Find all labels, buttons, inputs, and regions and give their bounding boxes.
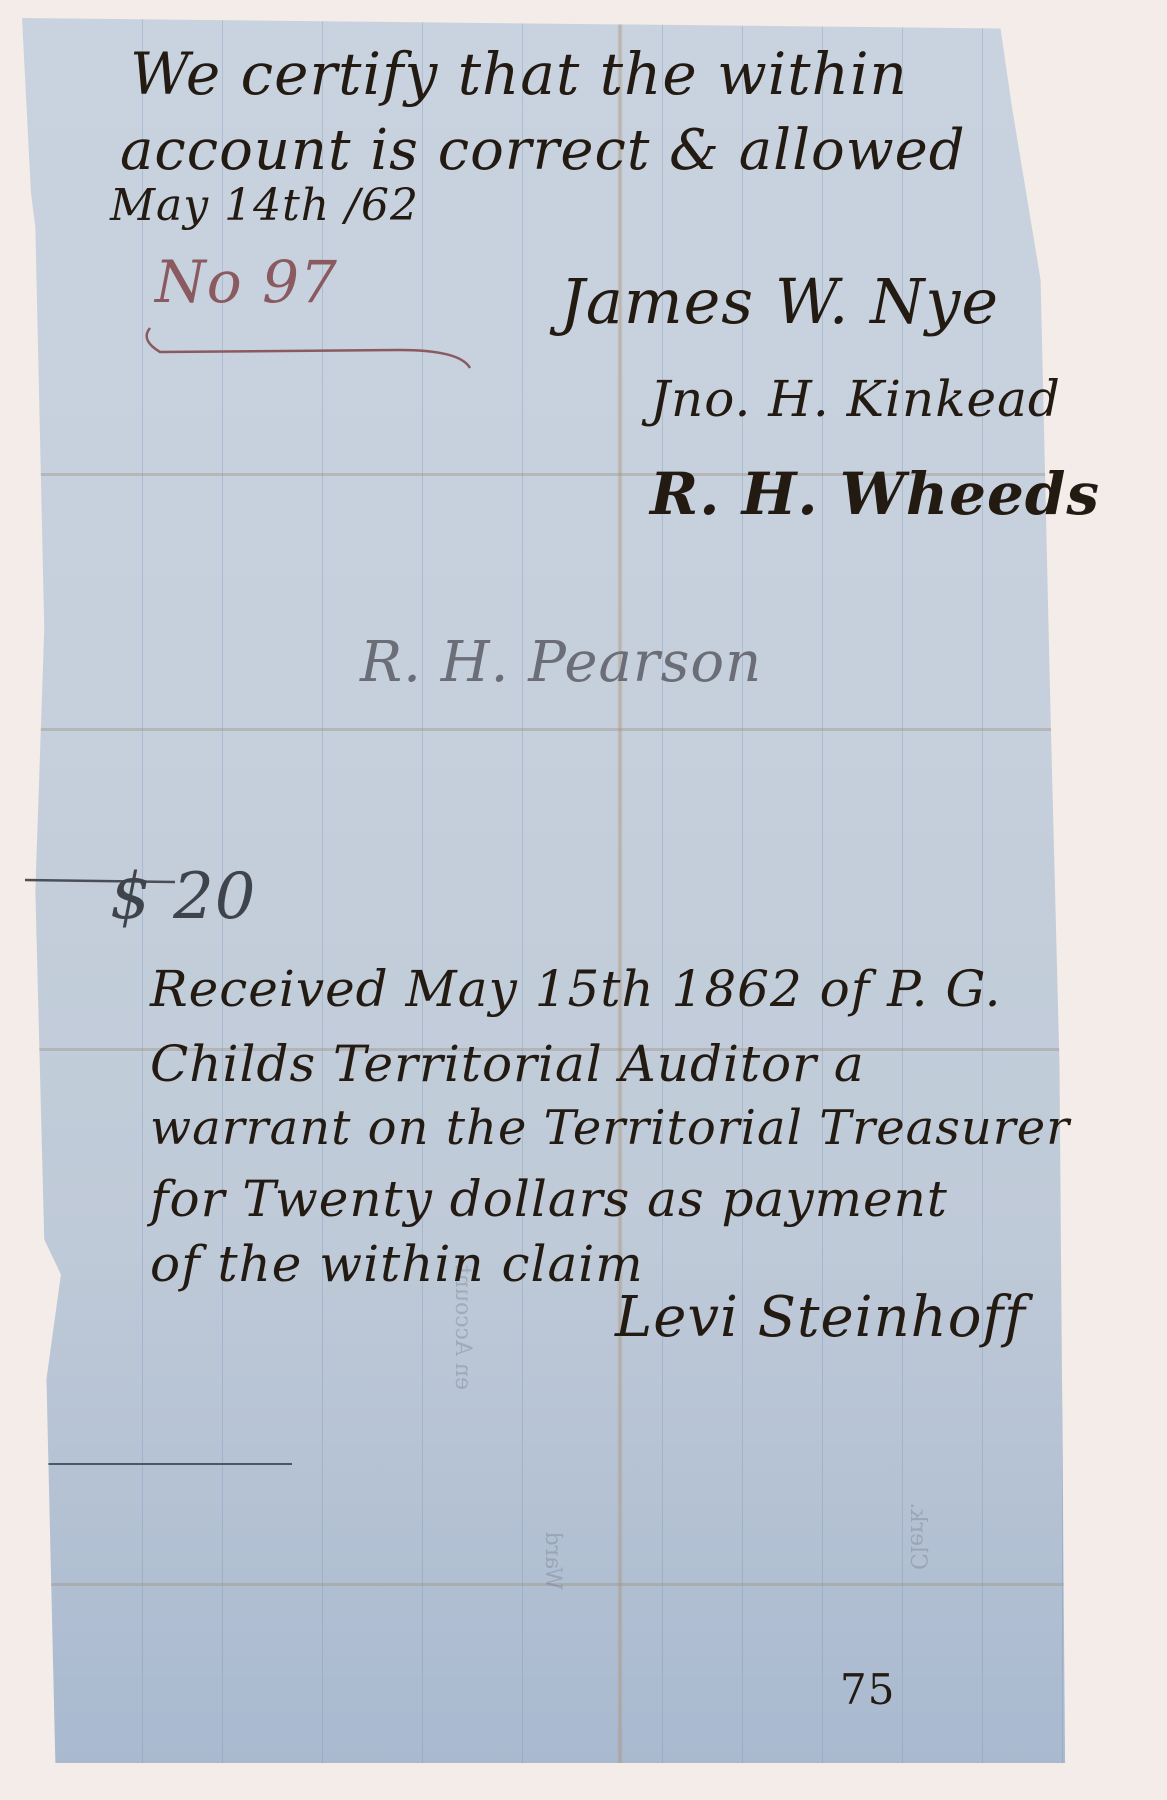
certification-date: May 14th /62	[110, 180, 419, 231]
horizontal-fold	[22, 1583, 1134, 1586]
receipt-line-1: Received May 15th 1862 of P. G.	[150, 960, 1002, 1018]
auditor-signature-3: R. H. Wheeds	[650, 460, 1100, 528]
underline-flourish-icon	[140, 320, 480, 370]
bleed-through-text: Ward	[540, 1532, 565, 1590]
receipt-signature: Levi Steinhoff	[615, 1285, 1026, 1350]
horizontal-fold	[22, 728, 1134, 731]
receipt-line-3: warrant on the Territorial Treasurer	[150, 1100, 1070, 1156]
certification-line-2: account is correct & allowed	[120, 118, 966, 183]
receipt-line-5: of the within claim	[150, 1235, 644, 1293]
auditor-signature-2: Jno. H. Kinkead	[650, 370, 1061, 428]
paper-tear	[22, 1463, 292, 1465]
amount: $ 20	[110, 860, 257, 934]
auditor-signature-1: James W. Nye	[560, 265, 999, 338]
page-number: 75	[840, 1665, 895, 1714]
voucher-number: No 97	[155, 248, 338, 316]
receipt-line-2: Childs Territorial Auditor a	[150, 1035, 865, 1093]
pencil-signature: R. H. Pearson	[360, 630, 762, 695]
bleed-through-text: Clerk.	[905, 1502, 930, 1570]
receipt-line-4: for Twenty dollars as payment	[150, 1170, 948, 1228]
certification-line-1: We certify that the within	[130, 40, 908, 108]
